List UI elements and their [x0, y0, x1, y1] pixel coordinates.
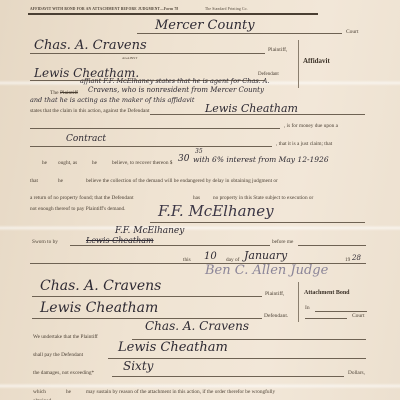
- bond-title: Attachment Bond: [304, 290, 350, 296]
- affiant-signature: F.F. McElhaney: [158, 202, 274, 220]
- sworn-label: Sworn to by: [32, 239, 58, 245]
- section-divider: [298, 40, 299, 88]
- bond-defendant-label: Defendant.: [264, 313, 288, 319]
- bond-divider: [298, 282, 299, 322]
- return-text: a return of no property found; that the …: [30, 195, 134, 201]
- bond-plaintiff: Chas. A. Cravens: [40, 278, 161, 294]
- day-value: 10: [204, 251, 217, 262]
- signature-line: [150, 222, 365, 223]
- plaintiff-line: [30, 53, 265, 54]
- undertake-name: Chas. A. Cravens: [145, 319, 249, 333]
- court-name: Mercer County: [155, 18, 255, 33]
- sworn-line: [70, 245, 270, 246]
- court-line: [137, 33, 342, 34]
- year-value: 28: [352, 254, 361, 262]
- he-label: he: [58, 178, 63, 184]
- damages-amount: Sixty: [123, 359, 153, 373]
- against-label: AGAINST: [122, 56, 137, 60]
- which-he: he: [66, 389, 71, 395]
- states-text: states that the claim in this action, ag…: [30, 108, 149, 114]
- plaintiff-name: Chas. A. Cravens: [34, 38, 147, 53]
- amount-detail: with 6% interest from May 12-1926: [193, 155, 329, 164]
- which-label: which: [33, 389, 46, 395]
- affiant-insert-line2: Cravens, who is nonresident from Mercer …: [88, 86, 264, 94]
- bond-defendant: Lewis Cheatham: [40, 300, 158, 316]
- judge-signature: Ben C. Allen Judge: [205, 263, 328, 278]
- damages-line: [112, 376, 344, 377]
- before-me-label: before me: [272, 239, 293, 245]
- believe-prefix: he: [92, 160, 97, 166]
- believe-text: believe, to recover thereon $: [112, 160, 172, 166]
- month-value: January: [244, 249, 287, 262]
- bond-plaintiff-label: Plaintiff,: [265, 291, 284, 297]
- court-label: Court: [346, 29, 359, 35]
- amount: 30: [178, 154, 189, 164]
- plaintiff-label: Plaintiff,: [268, 47, 287, 53]
- bond-court-line: [305, 318, 347, 319]
- form-publisher: The Standard Printing Co.: [205, 7, 248, 11]
- basis-line: [30, 146, 272, 147]
- bond-in-line: [315, 311, 367, 312]
- just-claim-text: , that it is a just claim; that: [276, 141, 332, 147]
- defendant-in-claim: Lewis Cheatham: [205, 102, 298, 115]
- ought-prefix: he: [42, 160, 47, 166]
- claim-basis: Contract: [66, 134, 106, 144]
- sustain-text: may sustain by reason of the attachment …: [86, 389, 275, 395]
- shall-pay-name: Lewis Cheatham: [118, 340, 228, 355]
- that-label: that: [30, 178, 38, 184]
- form-header-title: AFFIDAVIT WITH BOND FOR AN ATTACHMENT BE…: [30, 7, 178, 11]
- dollars-label: Dollars,: [348, 370, 365, 376]
- bond-in-label: In: [305, 305, 310, 311]
- has-value: has: [193, 195, 200, 201]
- no-property-text: no property in this State subject to exe…: [213, 195, 313, 201]
- header-rule: [28, 13, 318, 15]
- not-enough-text: not enough thereof to pay Plaintiff's de…: [30, 206, 125, 212]
- affiant-insert-line3: and that he is acting as the maker of th…: [30, 96, 194, 104]
- blank-line: [30, 128, 280, 129]
- before-me-line: [298, 245, 366, 246]
- amount-cents: 35: [195, 148, 203, 155]
- money-due-text: , is for money due upon a: [284, 123, 338, 129]
- ought-text: ought, as: [58, 160, 77, 166]
- shall-pay-text: shall pay the Defendant: [33, 352, 83, 358]
- undertake-text: We undertake that the Plaintiff: [33, 334, 98, 340]
- affiant-insert-line1: affiant F.F. McElhaney states that he is…: [80, 77, 270, 85]
- damages-text: the damages, not exceeding*: [33, 370, 94, 376]
- bond-court-label: Court: [352, 313, 365, 319]
- believes-text: believe the collection of the demand wil…: [86, 178, 278, 184]
- sworn-by-overwrite: F.F. McElhaney: [115, 226, 184, 236]
- sworn-by: Lewis Cheatham: [86, 236, 154, 245]
- bond-plaintiff-line: [32, 296, 262, 297]
- paper-fold: [0, 225, 400, 231]
- affidavit-title: Affidavit: [303, 57, 330, 65]
